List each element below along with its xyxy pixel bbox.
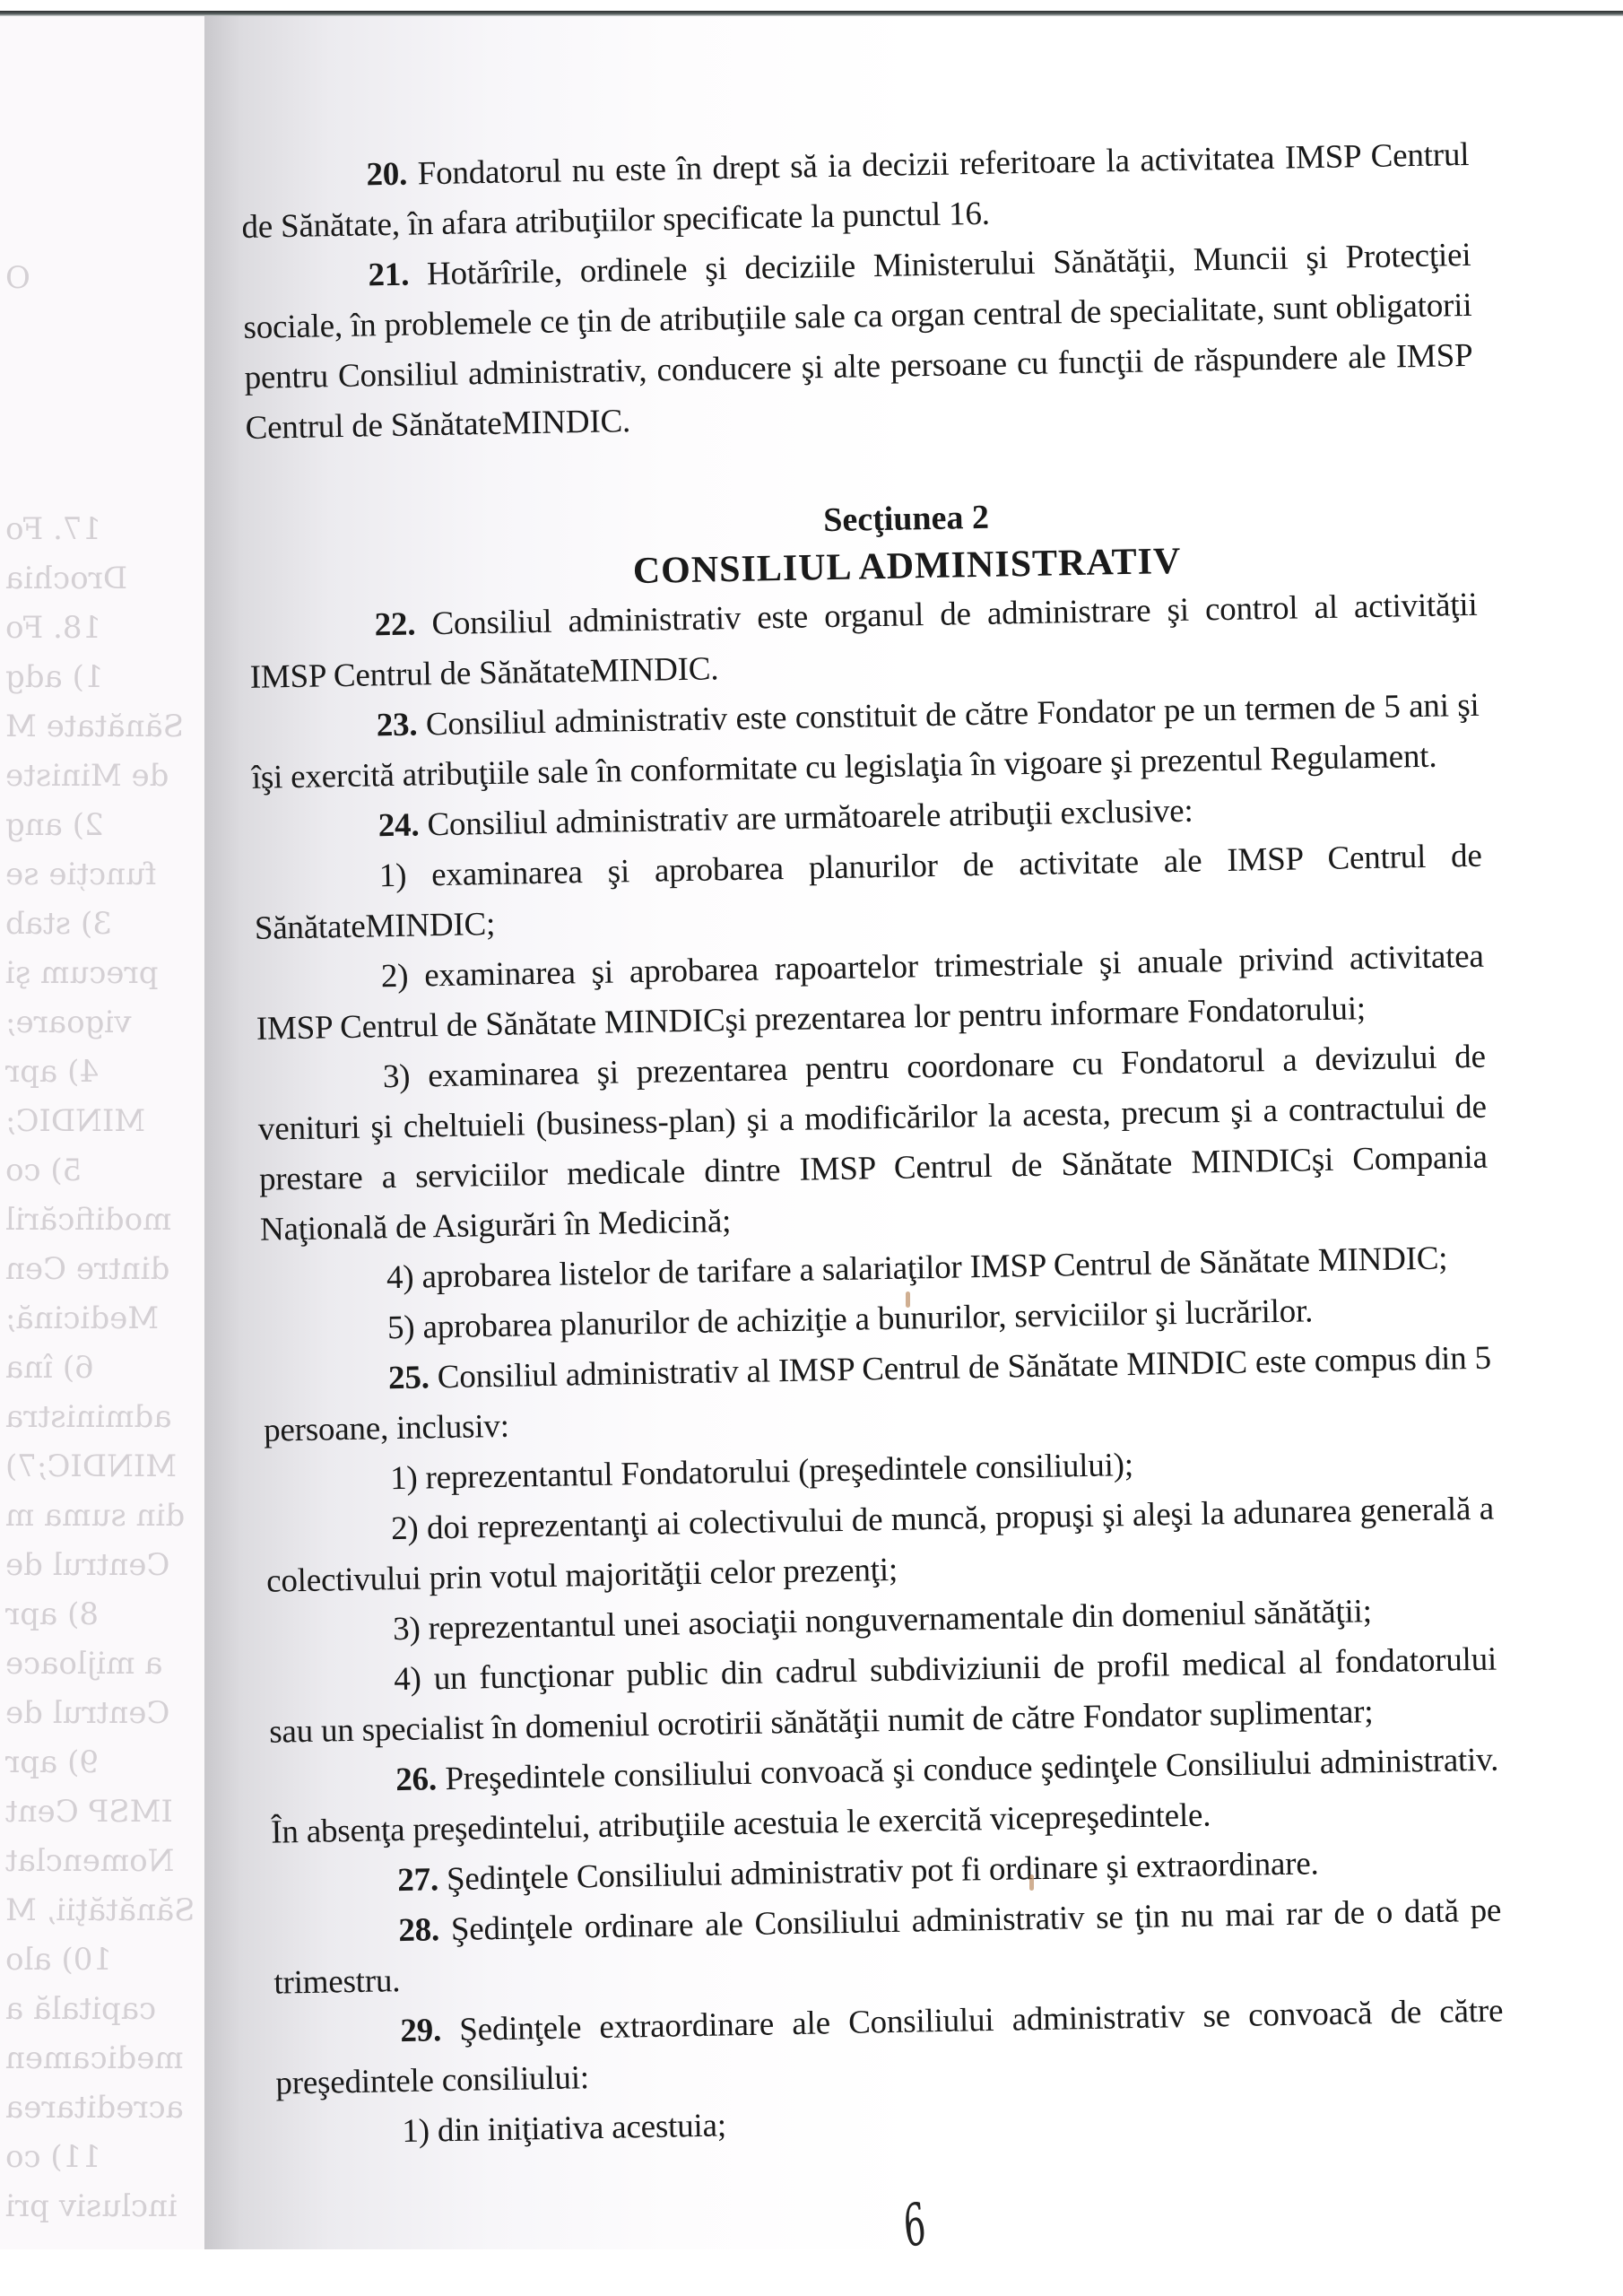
facing-page-ghost-text: 3) stab [0, 906, 204, 942]
paragraph-text: Consiliul administrativ este organul de … [249, 587, 1477, 696]
facing-page-ghost-text: 5) co [0, 1152, 204, 1188]
paragraph-text: Consiliul administrativ este constituit … [251, 687, 1479, 796]
facing-page-ghost-text: acreditarea [0, 2090, 204, 2126]
list-item: 3) examinarea şi prezentarea pentru coor… [256, 1032, 1488, 1256]
facing-page-ghost-text: 4) apr [0, 1054, 204, 1090]
facing-page-ghost-text: 6) îna [0, 1350, 204, 1386]
facing-page-ghost-text: 8) apr [0, 1596, 204, 1632]
scan-top-margin [0, 0, 1623, 16]
facing-page-ghost-text: Drochia [0, 561, 204, 596]
facing-page-ghost-text: 17. Fo [0, 511, 204, 547]
facing-page-ghost-text: 2) ang [0, 807, 204, 843]
paragraph-text: Hotărîrile, ordinele şi deciziile Minist… [243, 237, 1473, 447]
paragraph-number: 23. [376, 706, 417, 744]
facing-page-ghost-text: 9) apr [0, 1744, 204, 1780]
facing-page-ghost-text: inclusiv pri [0, 2188, 204, 2224]
facing-page-ghost-text: dintre Cen [0, 1251, 204, 1287]
scan-bottom-margin [0, 2249, 1623, 2296]
paragraph-number: 26. [395, 1761, 437, 1798]
facing-page-ghost-text: MINDIC;7) [0, 1448, 204, 1484]
facing-page-ghost-text: 11) co [0, 2139, 204, 2175]
paragraph-text: Şedinţele ordinare ale Consiliului admin… [273, 1892, 1501, 2002]
facing-page-ghost-text: din suma m [0, 1498, 204, 1534]
paragraph-number: 20. [366, 156, 407, 194]
paragraph-number: 24. [378, 806, 419, 844]
facing-page-ghost-text: Medicină; [0, 1300, 204, 1336]
facing-page-ghost-text: Centrul de [0, 1695, 204, 1731]
paragraph-number: 29. [400, 2012, 441, 2049]
ink-smudge [1029, 1874, 1034, 1891]
facing-page-ghost-text: Sănătate M [0, 709, 204, 744]
paragraph-number: 25. [388, 1359, 430, 1396]
paragraph-text: Preşedintele consiliului convoacă şi con… [271, 1742, 1498, 1851]
facing-page-ghost-text: de Ministe [0, 758, 204, 794]
paragraph-number: 27. [397, 1861, 438, 1899]
ink-smudge [906, 1291, 910, 1308]
paragraph-number: 21. [368, 257, 409, 294]
facing-page-ghost-text: Centrul de [0, 1547, 204, 1583]
facing-page-ghost-text: modificăril [0, 1202, 204, 1238]
document-body: 20. Fondatorul nu este în drept să ia de… [240, 130, 1506, 2160]
facing-page-ghost-text: a mijloace [0, 1646, 204, 1682]
paragraph-number: 28. [398, 1911, 439, 1949]
facing-page-ghost-text: precum şi [0, 955, 204, 991]
facing-page-ghost-text: MINDIC; [0, 1103, 204, 1139]
paragraph-text: Consiliul administrativ al IMSP Centrul … [264, 1340, 1491, 1449]
paragraph-text: Consiliul administrativ are următoarele … [419, 793, 1193, 844]
facing-page-ghost-text: IMSP Cent [0, 1794, 204, 1830]
facing-page-ghost-text: vigoare; [0, 1004, 204, 1040]
facing-page-bleed: O17. FoDrochia18. Fo1) adgSănătate Mde M… [0, 16, 204, 2249]
facing-page-ghost-text: funcție se [0, 857, 204, 892]
paragraph-text: Şedinţele Consiliului administrativ pot … [438, 1845, 1319, 1898]
facing-page-ghost-text: Nomenclat [0, 1843, 204, 1879]
facing-page-ghost-text: medicamen [0, 2040, 204, 2076]
facing-page-ghost-text: administra [0, 1399, 204, 1435]
facing-page-ghost-text: 10) alo [0, 1942, 204, 1978]
facing-page-ghost-text: capitală a [0, 1991, 204, 2027]
facing-page-ghost-text: 1) adg [0, 659, 204, 695]
facing-page-ghost-text: Sănătăţii, M [0, 1892, 204, 1928]
paragraph-number: 22. [374, 606, 415, 644]
paragraph-text: Şedinţele extraordinare ale Consiliului … [275, 1993, 1503, 2102]
paragraph-21: 21. Hotărîrile, ordinele şi deciziile Mi… [242, 230, 1474, 454]
paragraph-text: Fondatorul nu este în drept să ia decizi… [241, 136, 1469, 246]
facing-page-ghost-text: O [0, 260, 204, 296]
facing-page-ghost-text: 18. Fo [0, 610, 204, 646]
